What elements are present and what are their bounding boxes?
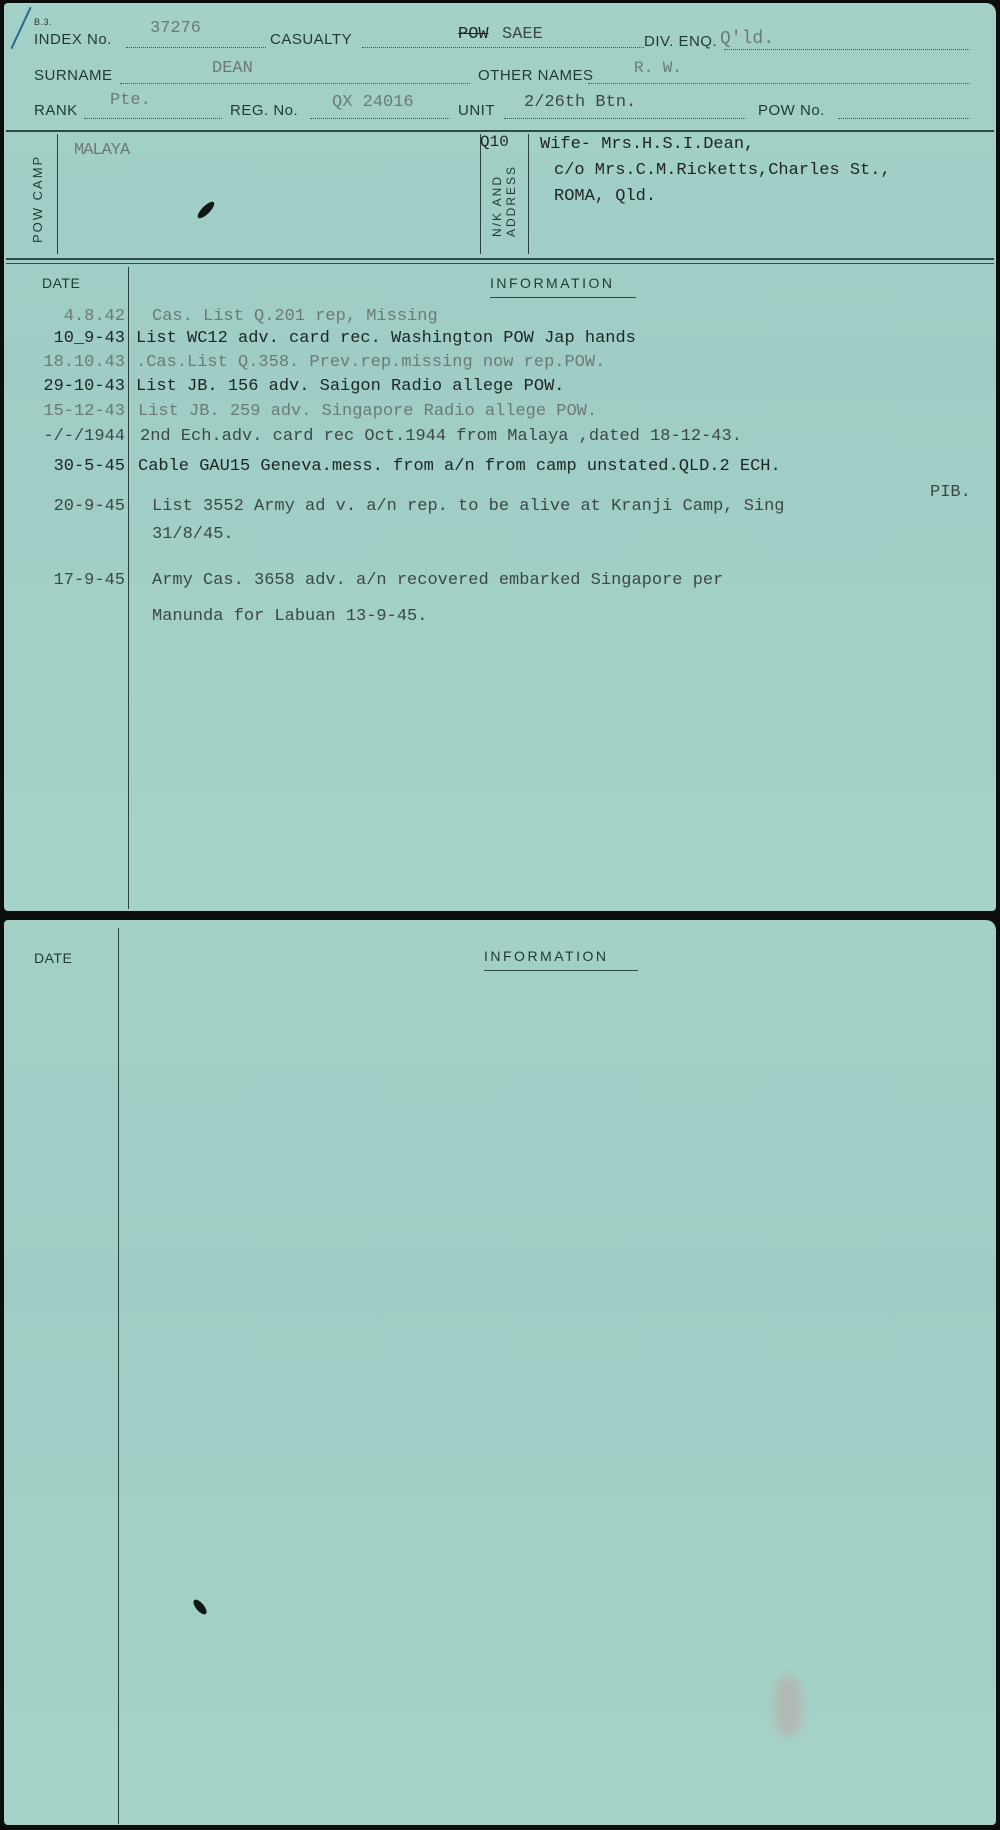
- entry-info: Manunda for Labuan 13-9-45.: [152, 607, 427, 626]
- unit-label: UNIT: [458, 102, 495, 119]
- back-information-header: INFORMATION: [484, 948, 608, 964]
- form-code: B.3.: [34, 17, 52, 27]
- surname-value: DEAN: [212, 59, 253, 78]
- div-enq-label: DIV. ENQ.: [644, 33, 717, 50]
- record-card-front: B.3. INDEX No. 37276 CASUALTY POW SAEE D…: [4, 3, 996, 911]
- date-header: DATE: [42, 275, 80, 291]
- casualty-value: SAEE: [502, 25, 543, 44]
- nk-code: Q10: [480, 133, 509, 151]
- ink-blot-icon: [195, 199, 216, 220]
- unit-value: 2/26th Btn.: [524, 93, 636, 112]
- nk-address-line: ROMA, Qld.: [554, 187, 656, 206]
- pencil-mark-icon: [10, 7, 31, 50]
- index-no-value: 37276: [150, 19, 201, 38]
- casualty-struck-value: POW: [458, 25, 489, 44]
- nk-label-1: N/K AND: [490, 175, 504, 237]
- pow-camp-label: POW CAMP: [30, 155, 45, 243]
- stain: [774, 1676, 802, 1736]
- pow-no-label: POW No.: [758, 102, 825, 119]
- entry-info: Army Cas. 3658 adv. a/n recovered embark…: [152, 571, 723, 590]
- entry-date: 15-12-43: [43, 402, 125, 421]
- entry-info: List 3552 Army ad v. a/n rep. to be aliv…: [152, 497, 785, 516]
- nk-label-2: ADDRESS: [504, 165, 518, 237]
- entry-date: 4.8.42: [64, 307, 125, 326]
- entry-info: Cable GAU15 Geneva.mess. from a/n from c…: [138, 457, 781, 476]
- entry-info: .Cas.List Q.358. Prev.rep.missing now re…: [136, 353, 605, 372]
- rank-value: Pte.: [110, 91, 151, 110]
- rank-label: RANK: [34, 102, 78, 119]
- back-date-header: DATE: [34, 950, 72, 966]
- casualty-label: CASUALTY: [270, 31, 352, 48]
- pow-camp-value: MALAYA: [74, 141, 129, 160]
- entry-date: 29-10-43: [43, 377, 125, 396]
- surname-label: SURNAME: [34, 67, 113, 84]
- entry-date: 20-9-45: [54, 497, 125, 516]
- entry-date: 17-9-45: [54, 571, 125, 590]
- entry-info: PIB.: [930, 483, 971, 502]
- nk-address-line: c/o Mrs.C.M.Ricketts,Charles St.,: [554, 161, 891, 180]
- entry-date: -/-/1944: [43, 427, 125, 446]
- entry-date: 10_9-43: [54, 329, 125, 348]
- entry-info: 31/8/45.: [152, 525, 234, 544]
- entry-info: List JB. 156 adv. Saigon Radio allege PO…: [136, 377, 564, 396]
- index-no-label: INDEX No.: [34, 31, 112, 48]
- other-names-label: OTHER NAMES: [478, 67, 594, 84]
- entry-info: List WC12 adv. card rec. Washington POW …: [136, 329, 636, 348]
- entry-date: 30-5-45: [54, 457, 125, 476]
- div-enq-value: Q'ld.: [720, 29, 774, 49]
- reg-no-label: REG. No.: [230, 102, 298, 119]
- entry-info: List JB. 259 adv. Singapore Radio allege…: [138, 402, 597, 421]
- entry-info: 2nd Ech.adv. card rec Oct.1944 from Mala…: [140, 427, 742, 446]
- entry-date: 18.10.43: [43, 353, 125, 372]
- entry-info: Cas. List Q.201 rep, Missing: [152, 307, 438, 326]
- information-header: INFORMATION: [490, 275, 614, 291]
- ink-blot-icon: [191, 1598, 209, 1617]
- other-names-value: R. W.: [634, 59, 682, 77]
- nk-address-line: Wife- Mrs.H.S.I.Dean,: [540, 135, 754, 154]
- reg-no-value: QX 24016: [332, 93, 414, 112]
- record-card-back: DATE INFORMATION: [4, 920, 996, 1825]
